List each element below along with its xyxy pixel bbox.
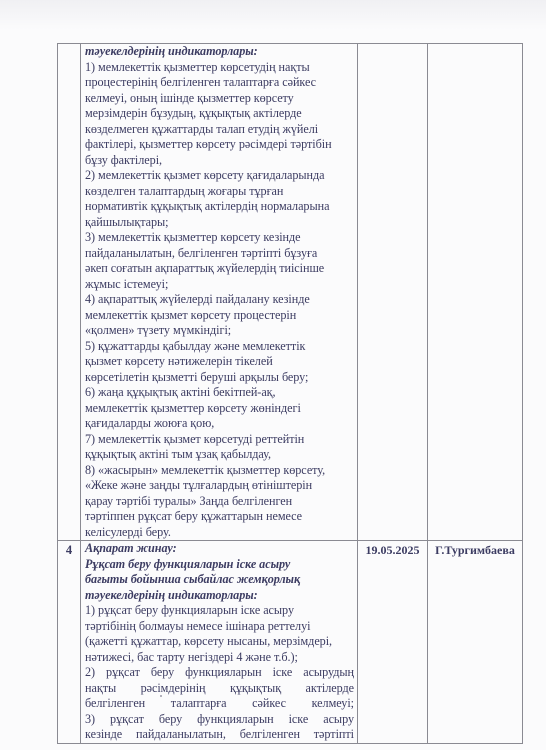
scan-speck [111, 724, 113, 726]
row-responsible: Г.Тургимбаева [428, 541, 523, 744]
text-line: 5) құжаттарды қабылдау және мемлекеттік [85, 339, 354, 355]
table-row: тәуекелдерінің индикаторлары: 1) мемлеке… [58, 44, 523, 541]
text-line: «қолмен» түзету мүмкіндігі; [85, 323, 354, 339]
row-number [58, 44, 81, 541]
table-row: 4 Ақпарат жинау:Рұқсат беру функцияларын… [58, 541, 523, 744]
row-items-justified: 2) рұқсат беру функцияларын іске асыруды… [85, 665, 354, 743]
text-line: 2) рұқсат беру функцияларын іске асыруды… [85, 665, 354, 681]
text-line: көрсетілетін қызметті беруші арқылы беру… [85, 370, 354, 386]
indicator-table: тәуекелдерінің индикаторлары: 1) мемлеке… [57, 43, 523, 744]
text-line: 1) рұқсат беру функцияларын іске асыру [85, 603, 354, 619]
text-line: келмеуі, оның ішінде қызметтер көрсету [85, 91, 354, 107]
text-line: тәртіппен рұқсат беру құжаттарын немесе [85, 509, 354, 525]
text-line: 2) мемлекеттік қызмет көрсету қағидалары… [85, 168, 354, 184]
text-line: келісулерді беру. [85, 525, 354, 541]
text-line: мемлекеттік қызмет көрсету процестерін [85, 308, 354, 324]
text-line: фактілері, қызметтер көрсету рәсімдері т… [85, 137, 354, 153]
text-line: нәтижесі, бас тарту негіздері 4 және т.б… [85, 650, 354, 666]
row-date [358, 44, 428, 541]
text-line: бағыты бойынша сыбайлас жемқорлық [85, 572, 354, 588]
scan-shadow [0, 0, 546, 30]
text-line: көзделген талаптардың жоғары тұрған [85, 184, 354, 200]
text-line: жұмыс істемеуі; [85, 277, 354, 293]
row-heading: тәуекелдерінің индикаторлары: [85, 44, 354, 60]
text-line: белгіленген талаптарға сәйкес келмеуі; [85, 696, 354, 712]
text-line: 3) мемлекеттік қызметтер көрсету кезінде [85, 230, 354, 246]
text-line: қызмет көрсету нәтижелерін тікелей [85, 354, 354, 370]
text-line: мерзімдерін бұзудың, құқықтық актілерде [85, 106, 354, 122]
text-line: Ақпарат жинау: [85, 541, 354, 557]
text-line: «Жеке және заңды тұлғалардың өтініштерін [85, 478, 354, 494]
text-line: тәуекелдерінің индикаторлары: [85, 44, 354, 60]
text-line: нормативтік құқықтық актілердің нормалар… [85, 199, 354, 215]
text-line: пайдаланылатын, белгіленген тәртіпті бұз… [85, 246, 354, 262]
text-line: бұзу фактілері, [85, 153, 354, 169]
text-line: қайшылықтары; [85, 215, 354, 231]
text-line: мемлекеттік қызметтер көрсету жөніндегі [85, 401, 354, 417]
row-date: 19.05.2025 [358, 541, 428, 744]
text-line: тәуекелдерінің индикаторлары: [85, 588, 354, 604]
text-line: көзделмеген құжаттарды талап етудің жүйе… [85, 122, 354, 138]
row-items: 1) мемлекеттік қызметтер көрсетудің нақт… [85, 60, 354, 541]
row-content: Ақпарат жинау:Рұқсат беру функцияларын і… [81, 541, 358, 744]
text-line: құқықтық актіні тым ұзақ қабылдау, [85, 447, 354, 463]
text-line: кезінде пайдаланылатын, белгіленген тәрт… [85, 727, 354, 743]
row-content: тәуекелдерінің индикаторлары: 1) мемлеке… [81, 44, 358, 541]
text-line: қағидаларды жоюға қою, [85, 416, 354, 432]
text-line: 3) рұқсат беру функцияларын іске асыру [85, 712, 354, 728]
text-line: процестерінің белгіленген талаптарға сәй… [85, 75, 354, 91]
scan-speck [160, 695, 162, 697]
text-line: нақты рәсімдерінің құқықтық актілерде [85, 681, 354, 697]
row-heading: Ақпарат жинау:Рұқсат беру функцияларын і… [85, 541, 354, 603]
text-line: 6) жаңа құқықтық актіні бекітпей-ақ, [85, 385, 354, 401]
text-line: тәртібінің болмауы немесе ішінара реттел… [85, 619, 354, 635]
text-line: 1) мемлекеттік қызметтер көрсетудің нақт… [85, 60, 354, 76]
text-line: (қажетті құжаттар, көрсету нысаны, мерзі… [85, 634, 354, 650]
text-line: әкеп соғатын ақпараттық жүйелердің тиісі… [85, 261, 354, 277]
text-line: қарау тәртібі туралы» Заңда белгіленген [85, 494, 354, 510]
text-line: 4) ақпараттық жүйелерді пайдалану кезінд… [85, 292, 354, 308]
text-line: 8) «жасырын» мемлекеттік қызметтер көрсе… [85, 463, 354, 479]
text-line: Рұқсат беру функцияларын іске асыру [85, 557, 354, 573]
row-number: 4 [58, 541, 81, 744]
row-responsible [428, 44, 523, 541]
text-line: 7) мемлекеттік қызмет көрсетуді реттейті… [85, 432, 354, 448]
row-items: 1) рұқсат беру функцияларын іске асырутә… [85, 603, 354, 665]
